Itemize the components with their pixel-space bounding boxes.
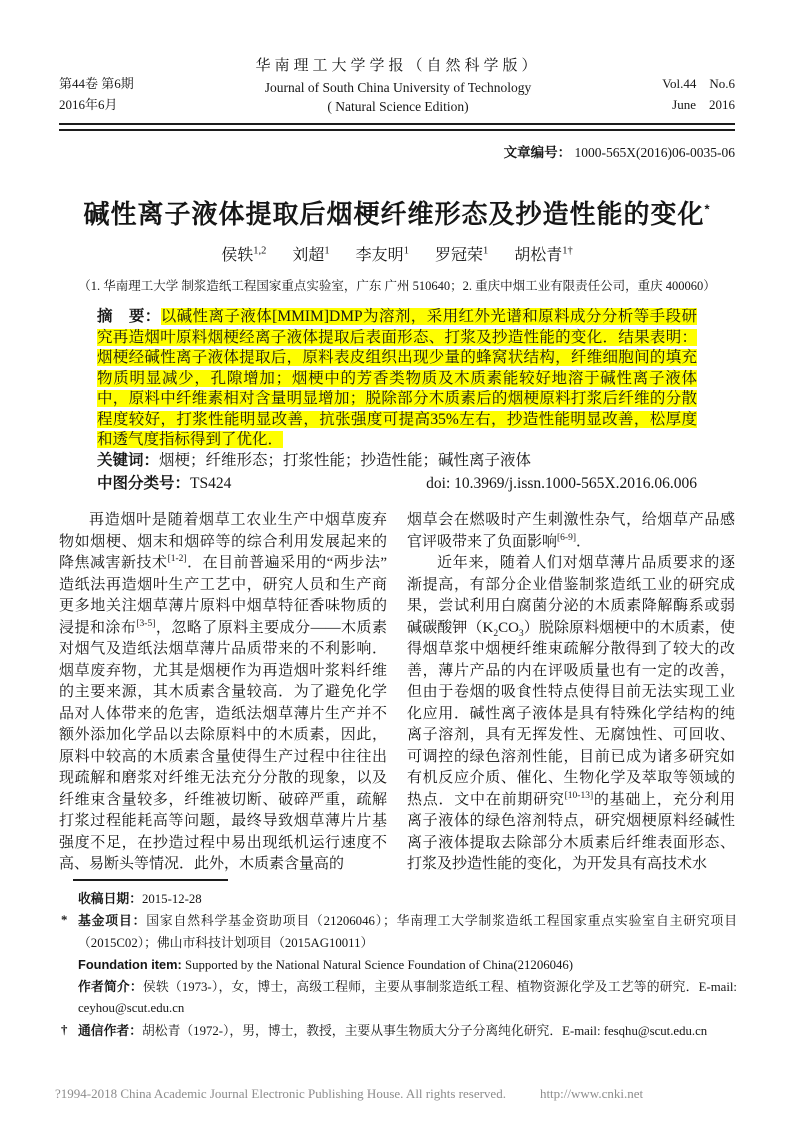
- keywords-text: 烟梗；纤维形态；打浆性能；抄造性能；碱性离子液体: [159, 452, 531, 469]
- body-text: 再造烟叶是随着烟草工农业生产中烟草废弃物如烟梗、烟末和烟碎等的综合利用发展起来的…: [59, 510, 735, 876]
- article-number-line: 文章编号： 1000-565X(2016)06-0035-06: [59, 141, 735, 161]
- column-right: 烟草会在燃吸时产生刺激性杂气，给烟草产品感官评吸带来了负面影响[6-9]．近年来…: [407, 510, 735, 876]
- paper-title-text: 碱性离子液体提取后烟梗纤维形态及抄造性能的变化: [83, 199, 704, 229]
- affiliation-line: （1. 华南理工大学 制浆造纸工程国家重点实验室，广东 广州 510640；2.…: [59, 276, 735, 294]
- fund-text: 国家自然科学基金资助项目（21206046）；华南理工大学制浆造纸工程国家重点实…: [78, 914, 737, 949]
- body-paragraph: 烟草会在燃吸时产生刺激性杂气，给烟草产品感官评吸带来了负面影响[6-9]．: [407, 510, 735, 553]
- article-number-value: 1000-565X(2016)06-0035-06: [575, 145, 735, 160]
- foundation-item-line: Foundation item: Supported by the Nation…: [59, 954, 737, 976]
- cnki-watermark: ?1994-2018 China Academic Journal Electr…: [55, 1086, 741, 1102]
- corresponding-author-label: 通信作者：: [78, 1023, 142, 1038]
- authors-line: 侯轶1,2刘超1李友明1罗冠荣1胡松青1†: [59, 242, 735, 265]
- fund-label: 基金项目：: [78, 913, 146, 928]
- clc-doi-line: 中图分类号：TS424 doi: 10.3969/j.issn.1000-565…: [97, 474, 697, 495]
- journal-name-cn: 华南理工大学学报（自然科学版）: [134, 54, 663, 75]
- watermark-url: http://www.cnki.net: [540, 1086, 643, 1102]
- volume-number-en: Vol.44 No.6: [662, 73, 735, 94]
- keywords-line: 关键词：烟梗；纤维形态；打浆性能；抄造性能；碱性离子液体: [97, 451, 697, 472]
- body-paragraph: 再造烟叶是随着烟草工农业生产中烟草废弃物如烟梗、烟末和烟碎等的综合利用发展起来的…: [59, 510, 387, 876]
- fund-line: *基金项目：国家自然科学基金资助项目（21206046）；华南理工大学制浆造纸工…: [59, 910, 737, 954]
- journal-page: { "header": { "issue_cn": "第44卷 第6期", "d…: [0, 0, 794, 1122]
- author: 侯轶1,2: [221, 247, 266, 264]
- author: 刘超1: [292, 247, 329, 264]
- abstract-block: 摘 要：以碱性离子液体[MMIM]DMP为溶剂，采用红外光谱和原料成分分析等手段…: [97, 307, 697, 495]
- abstract-label: 摘 要：: [97, 308, 161, 325]
- corresponding-author-text: 胡松青（1972-），男，博士，教授，主要从事生物质大分子分离纯化研究．E-ma…: [142, 1024, 707, 1038]
- journal-name-block: 华南理工大学学报（自然科学版） Journal of South China U…: [134, 54, 663, 116]
- doi-part: doi: 10.3969/j.issn.1000-565X.2016.06.00…: [426, 474, 697, 495]
- body-paragraph: 近年来，随着人们对烟草薄片品质要求的逐渐提高，有部分企业借鉴制浆造纸工业的研究成…: [407, 553, 735, 876]
- foundation-item-label: Foundation item:: [78, 957, 182, 972]
- doi-value: 10.3969/j.issn.1000-565X.2016.06.006: [454, 475, 697, 492]
- header-double-rule: [59, 123, 735, 131]
- footnote-rule: [73, 879, 228, 881]
- received-date-value: 2015-12-28: [142, 892, 202, 906]
- author-bio-line: 作者简介：侯轶（1973-），女，博士，高级工程师，主要从事制浆造纸工程、植物资…: [59, 976, 737, 1020]
- watermark-copyright-text: ?1994-2018 China Academic Journal Electr…: [55, 1086, 506, 1102]
- received-date-label: 收稿日期：: [78, 891, 142, 906]
- corresponding-author-line: †通信作者：胡松青（1972-），男，博士，教授，主要从事生物质大分子分离纯化研…: [59, 1020, 737, 1042]
- foundation-item-text: Supported by the National Natural Scienc…: [182, 958, 573, 972]
- journal-name-en: Journal of South China University of Tec…: [134, 78, 663, 97]
- clc-part: 中图分类号：TS424: [97, 474, 231, 495]
- clc-label: 中图分类号：: [97, 475, 190, 492]
- author: 李友明1: [356, 247, 409, 264]
- issue-number-cn: 第44卷 第6期: [59, 73, 134, 94]
- article-number-label: 文章编号：: [504, 145, 572, 160]
- issue-date-en: June 2016: [662, 94, 735, 115]
- clc-value: TS424: [190, 475, 231, 492]
- issue-date-cn: 2016年6月: [59, 94, 134, 115]
- paper-title: 碱性离子液体提取后烟梗纤维形态及抄造性能的变化*: [59, 194, 735, 231]
- header-issue-block: 第44卷 第6期 2016年6月: [59, 73, 134, 115]
- column-left: 再造烟叶是随着烟草工农业生产中烟草废弃物如烟梗、烟末和烟碎等的综合利用发展起来的…: [59, 510, 387, 876]
- author: 罗冠荣1: [435, 247, 488, 264]
- corresponding-author-marker: †: [61, 1020, 67, 1041]
- journal-edition-en: ( Natural Science Edition): [134, 97, 663, 116]
- journal-header: 第44卷 第6期 2016年6月 华南理工大学学报（自然科学版） Journal…: [59, 54, 735, 161]
- header-volume-block: Vol.44 No.6 June 2016: [662, 73, 735, 115]
- title-footnote-star: *: [704, 202, 710, 217]
- fund-marker: *: [61, 910, 67, 931]
- keywords-label: 关键词：: [97, 452, 159, 469]
- author-bio-label: 作者简介：: [78, 979, 143, 994]
- author-bio-text: 侯轶（1973-），女，博士，高级工程师，主要从事制浆造纸工程、植物资源化学及工…: [78, 980, 737, 1015]
- received-date-line: 收稿日期：2015-12-28: [59, 888, 737, 910]
- doi-label: doi:: [426, 475, 450, 492]
- abstract-highlight: 以碱性离子液体[MMIM]DMP为溶剂，采用红外光谱和原料成分分析等手段研究再造…: [97, 308, 697, 448]
- author: 胡松青1†: [514, 247, 573, 264]
- footnote-block: 收稿日期：2015-12-28 *基金项目：国家自然科学基金资助项目（21206…: [59, 879, 737, 1042]
- abstract-paragraph: 摘 要：以碱性离子液体[MMIM]DMP为溶剂，采用红外光谱和原料成分分析等手段…: [97, 307, 697, 451]
